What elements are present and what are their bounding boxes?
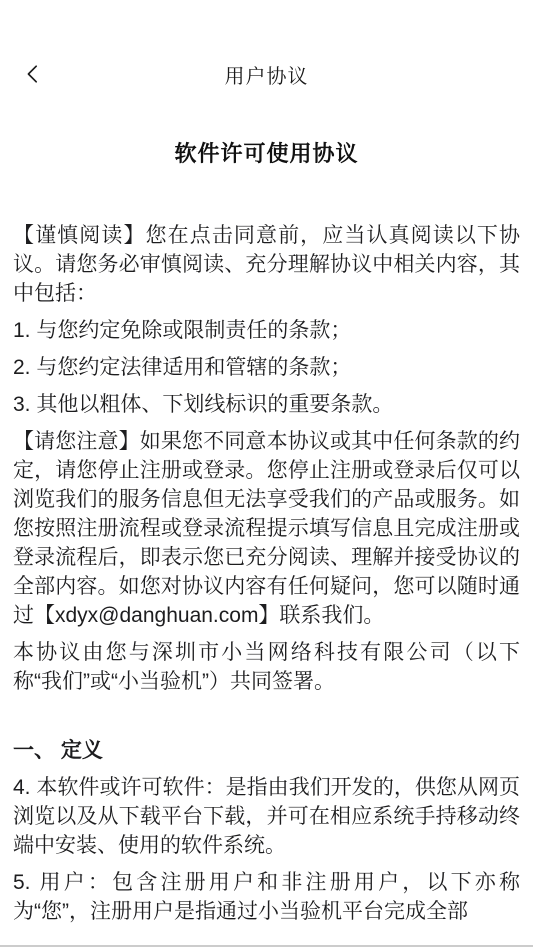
agreement-paragraph-signatories: 本协议由您与深圳市小当网络科技有限公司（以下称“我们”或“小当验机”）共同签署。 (13, 638, 520, 696)
nav-bar: 用户协议 (0, 50, 533, 98)
chevron-left-icon (22, 63, 44, 85)
agreement-list-item-1: 1. 与您约定免除或限制责任的条款； (13, 316, 520, 345)
page-title: 用户协议 (225, 60, 309, 89)
agreement-list-item-3: 3. 其他以粗体、下划线标识的重要条款。 (13, 390, 520, 419)
agreement-title: 软件许可使用协议 (13, 138, 520, 169)
agreement-paragraph-notice: 【请您注意】如果您不同意本协议或其中任何条款的约定，请您停止注册或登录。您停止注… (13, 427, 520, 630)
agreement-definition-5: 5. 用户：包含注册用户和非注册用户，以下亦称为“您”，注册用户是指通过小当验机… (13, 868, 520, 926)
bottom-divider (0, 945, 533, 947)
back-button[interactable] (16, 57, 50, 91)
status-bar (0, 0, 533, 50)
section-heading-definitions: 一、 定义 (13, 736, 520, 765)
agreement-scroll-area[interactable]: 软件许可使用协议 【谨慎阅读】您在点击同意前，应当认真阅读以下协议。请您务必审慎… (0, 138, 533, 926)
agreement-definition-4: 4. 本软件或许可软件：是指由我们开发的，供您从网页浏览以及从下载平台下载，并可… (13, 773, 520, 860)
agreement-paragraph-careful-reading: 【谨慎阅读】您在点击同意前，应当认真阅读以下协议。请您务必审慎阅读、充分理解协议… (13, 221, 520, 308)
agreement-list-item-2: 2. 与您约定法律适用和管辖的条款； (13, 353, 520, 382)
